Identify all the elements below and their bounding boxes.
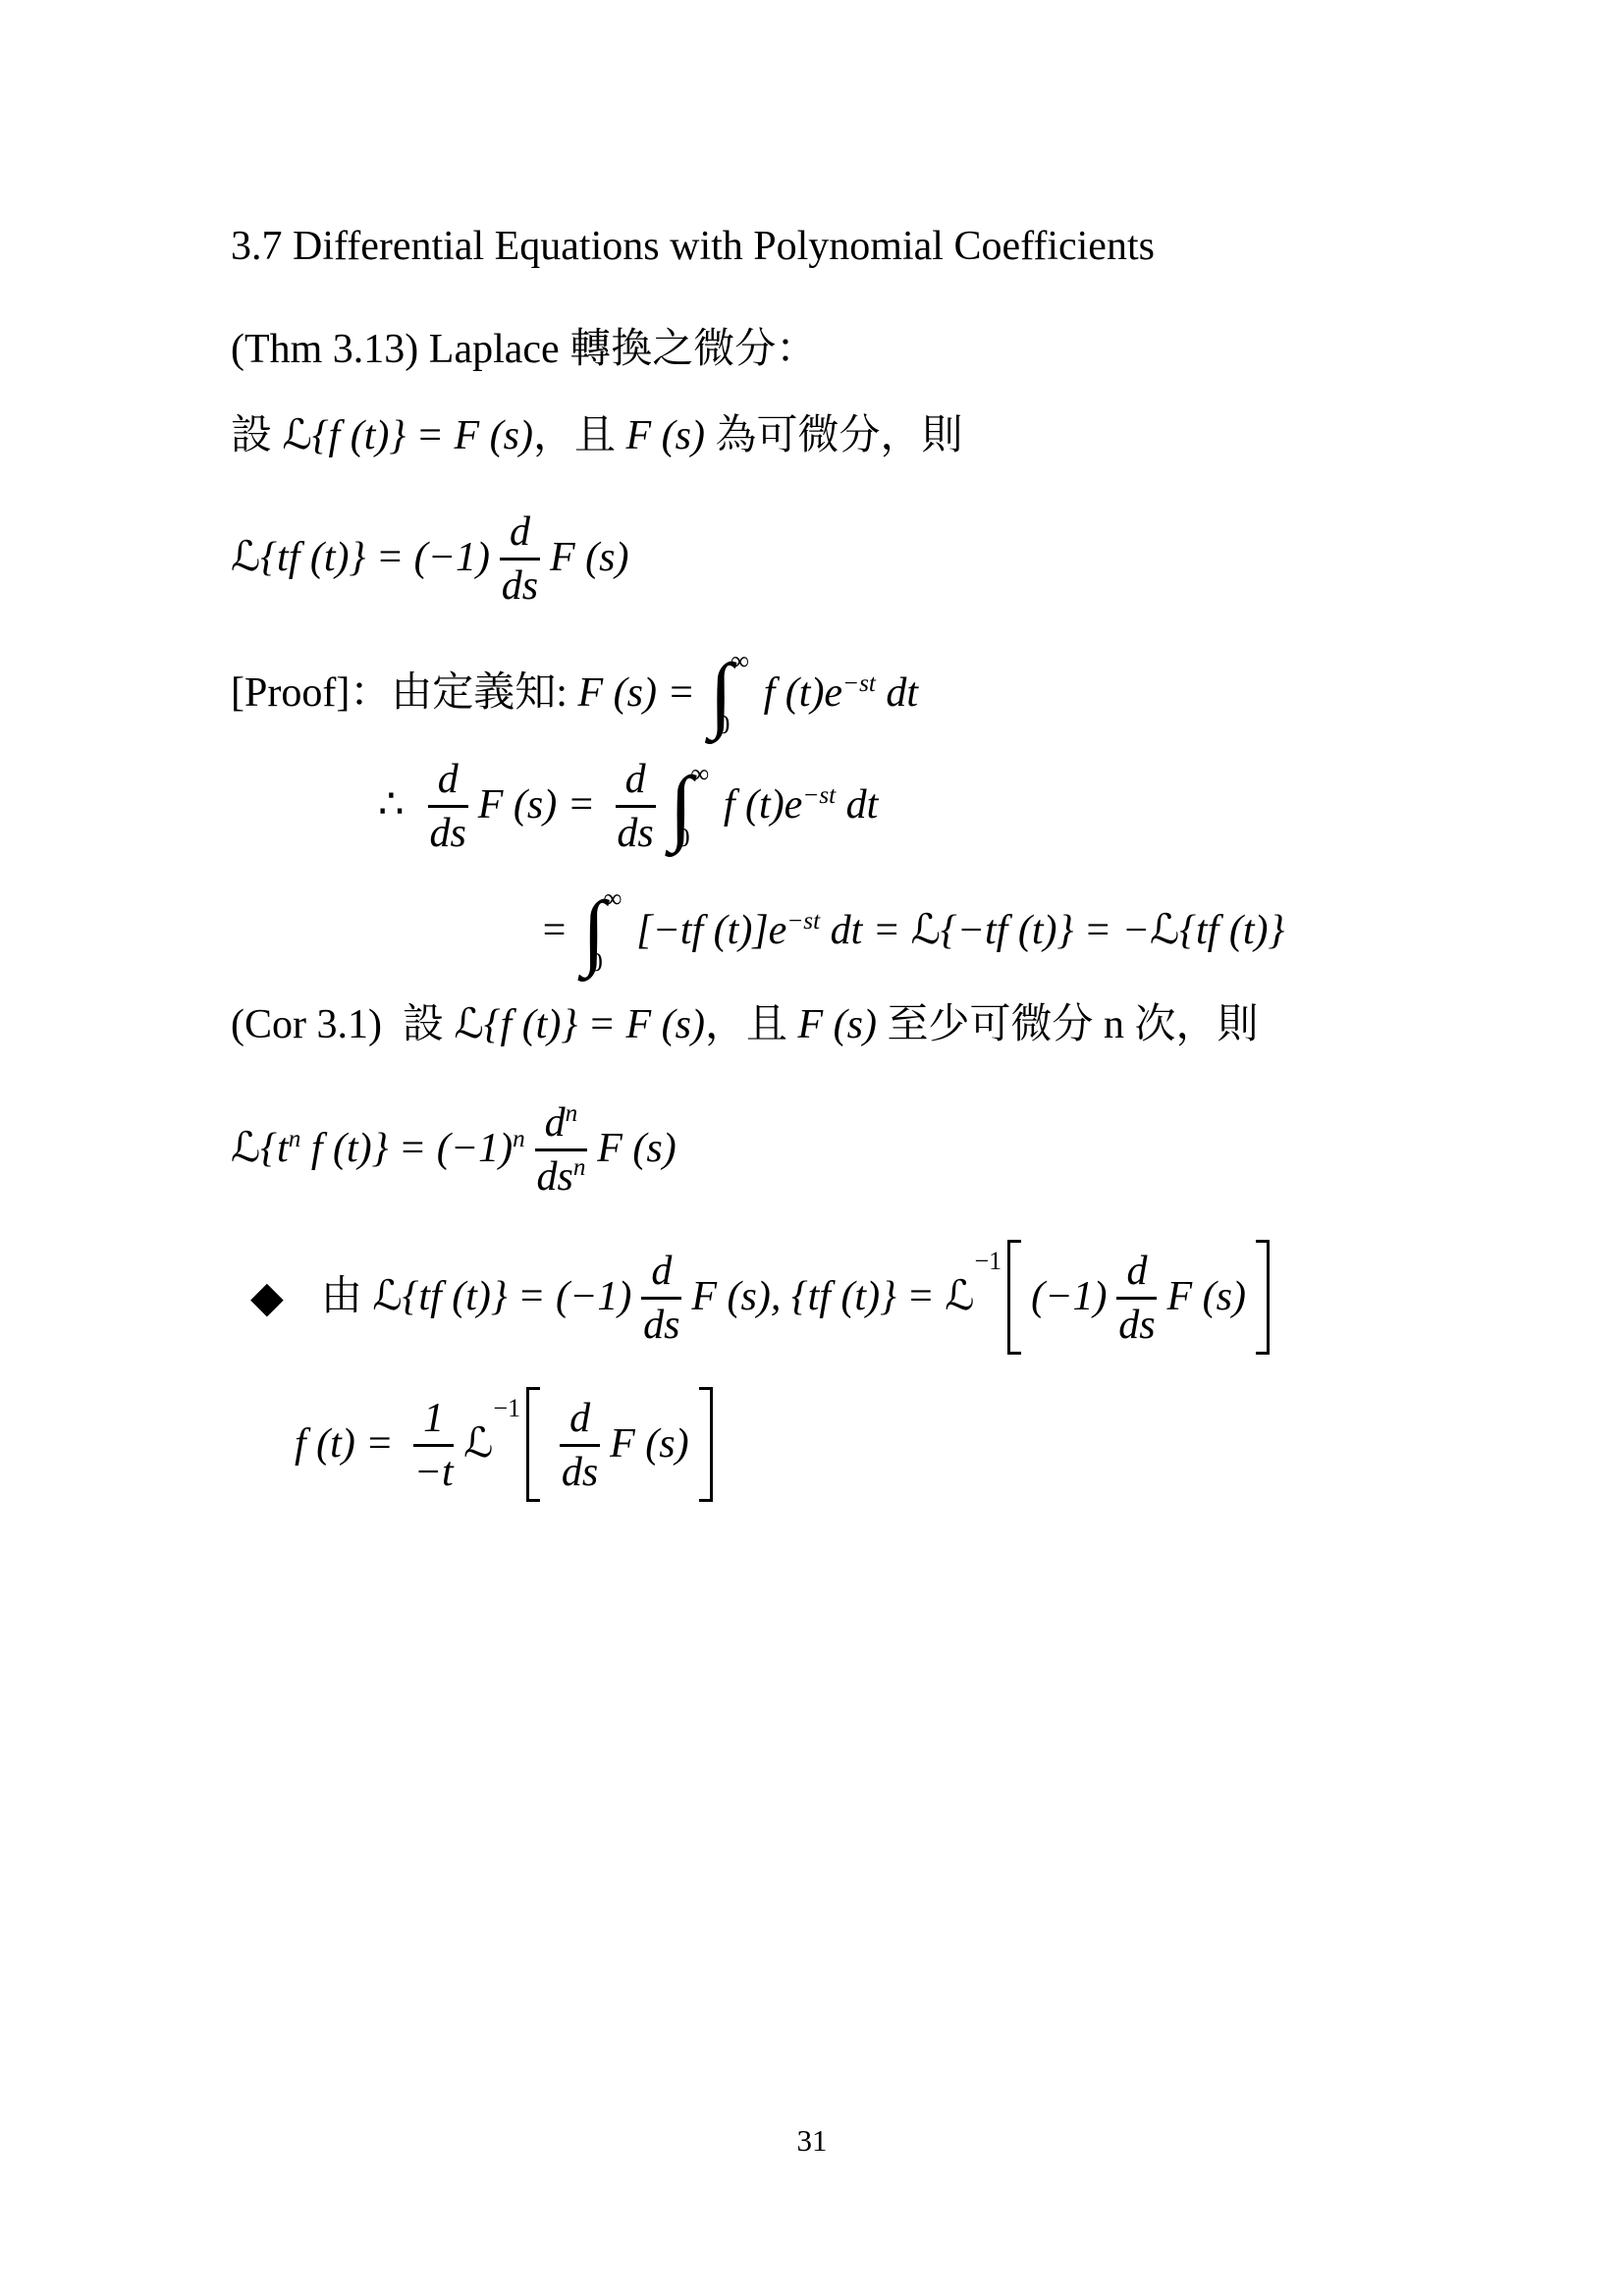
fraction-numerator: d [616,756,656,808]
therefore-symbol: ∴ [378,779,405,831]
section-title: 3.7 Differential Equations with Polynomi… [231,221,1155,273]
eq3-body: [−tf (t)]e−st dt = ℒ{−tf (t)} = −ℒ{tf (t… [626,905,1285,957]
integral-limits: ∞ 0 [603,883,622,978]
setup-laplace-math: ℒ{f (t)} = F (s) [283,410,533,462]
corollary-heading: (Cor 3.1) 設 ℒ{f (t)} = F (s) ，且 F (s) 至少… [231,999,1258,1051]
one-over-minus-t-fraction: 1 −t [413,1395,454,1494]
final-lhs: f (t) = [295,1418,404,1470]
denominator-base: ds [536,1154,572,1200]
power-n: n [513,1126,525,1152]
integral-upper-limit: ∞ [690,761,709,787]
note-seg1: ℒ{tf (t)} = (−1) [372,1271,631,1323]
fraction-numerator: d [500,508,540,561]
thm-formula-rhs: F (s) [550,532,628,584]
fraction-denominator: ds [562,1447,598,1494]
bracket-content: d ds F (s) [548,1387,690,1502]
cor-pre-text: (Cor 3.1) 設 [231,999,454,1051]
fraction-numerator: dn [535,1099,588,1151]
bracket-group: (−1) d ds F (s) [1007,1240,1270,1355]
d-ds-fraction: d ds [616,756,656,855]
proof-definition-line: [Proof]：由定義知: F (s) = ∫ ∞ 0 f (t)e−st dt [231,646,918,740]
note-line: ◆ 由 ℒ{tf (t)} = (−1) d ds F (s), {tf (t)… [250,1240,1270,1355]
bracket-seg: F (s) [610,1418,688,1470]
power-n: n [289,1126,301,1152]
exponent-text: −st [842,670,876,697]
integral-limits: ∞ 0 [690,759,709,853]
inverse-superscript: −1 [493,1393,520,1425]
fraction-numerator: d [428,756,468,808]
theorem-heading-text: (Thm 3.13) Laplace 轉換之微分： [231,324,817,376]
integral-lower-limit: 0 [589,949,622,976]
theorem-heading: (Thm 3.13) Laplace 轉換之微分： [231,324,817,376]
d-ds-fraction: d ds [641,1248,681,1347]
laplace-operator: ℒ [463,1418,493,1470]
differential-text: dt [836,782,878,828]
right-square-bracket [699,1387,713,1502]
setup-post-text: 為可微分，則 [705,410,963,462]
lhs-part2: f (t)} = (−1) [300,1126,513,1171]
left-square-bracket [526,1387,540,1502]
fraction-denominator: ds [502,561,538,608]
fraction-denominator: dsn [536,1151,585,1199]
integral-upper-limit: ∞ [603,885,622,912]
fraction-numerator: d [1116,1248,1157,1300]
cor-laplace-math: ℒ{f (t)} = F (s) [454,999,704,1051]
theorem-setup-line: 設 ℒ{f (t)} = F (s) ，且 F (s) 為可微分，則 [231,410,963,462]
integrand-text: f (t)e [713,782,802,828]
eq2-integrand: f (t)e−st dt [713,779,878,831]
inverse-superscript: −1 [974,1246,1001,1278]
bracket-group: d ds F (s) [526,1387,712,1502]
eq3-equals: = [540,905,578,957]
bracket-seg1: (−1) [1031,1271,1107,1323]
section-title-text: 3.7 Differential Equations with Polynomi… [231,221,1155,273]
numerator-base: d [545,1100,566,1146]
theorem-formula: ℒ{tf (t)} = (−1) d ds F (s) [231,508,628,608]
exponent-text: −st [802,782,836,809]
right-square-bracket [1256,1240,1270,1355]
setup-mid-text: ，且 [533,410,626,462]
fraction-denominator: ds [1118,1300,1155,1347]
diamond-bullet-icon: ◆ [250,1270,284,1324]
integral-lower-limit: 0 [677,825,709,851]
integrand-text: [−tf (t)]e [626,908,787,953]
cor-formula-lhs: ℒ{tn f (t)} = (−1)n [231,1123,525,1175]
corollary-formula: ℒ{tn f (t)} = (−1)n dn dsn F (s) [231,1099,677,1199]
fraction-denominator: −t [414,1447,454,1494]
setup-pre-text: 設 [231,410,283,462]
integral-limits: ∞ 0 [731,646,749,740]
fraction-denominator: ds [430,808,466,855]
differential-text: dt [876,670,918,716]
thm-formula-lhs: ℒ{tf (t)} = (−1) [231,532,490,584]
power-n: n [573,1154,586,1181]
d-ds-fraction: d ds [428,756,468,855]
integral-upper-limit: ∞ [731,648,749,674]
fraction-numerator: 1 [413,1395,454,1447]
proof-eq1-lhs: F (s) = [577,667,705,720]
setup-Fs-math: F (s) [626,410,705,462]
d-ds-fraction: d ds [560,1395,600,1494]
note-pre-text: 由 [321,1271,373,1323]
fraction-numerator: d [560,1395,600,1447]
d-ds-fraction: d ds [500,508,540,608]
exponent-text: −st [786,908,820,934]
fraction-denominator: ds [617,808,653,855]
power-n: n [566,1100,578,1127]
note-seg2: F (s), {tf (t)} = ℒ [691,1271,974,1323]
cor-Fs-math: F (s) [797,999,876,1051]
proof-derivative-line: ∴ d ds F (s) = d ds ∫ ∞ 0 f (t)e−st dt [378,756,878,855]
integral-sign: ∫ ∞ 0 [582,883,623,978]
integral-sign: ∫ ∞ 0 [709,646,749,740]
left-square-bracket [1007,1240,1021,1355]
integrand-text: f (t)e [753,670,842,716]
proof-eq1-integrand: f (t)e−st dt [753,667,918,720]
eq2-mid: F (s) = [478,779,606,831]
fraction-denominator: ds [643,1300,679,1347]
cor-formula-rhs: F (s) [597,1123,676,1175]
page-number: 31 [0,2123,1624,2159]
dn-dsn-fraction: dn dsn [535,1099,588,1199]
integral-lower-limit: 0 [717,712,749,738]
proof-label: [Proof]：由定義知: [231,667,577,720]
cor-mid-text: ，且 [705,999,798,1051]
bracket-seg2: F (s) [1166,1271,1245,1323]
integral-sign: ∫ ∞ 0 [670,759,710,853]
d-ds-fraction: d ds [1116,1248,1157,1347]
inverse-transform-formula: f (t) = 1 −t ℒ −1 d ds F (s) [295,1387,713,1502]
laplace-chain-text: dt = ℒ{−tf (t)} = −ℒ{tf (t)} [820,908,1284,953]
bracket-content: (−1) d ds F (s) [1029,1240,1248,1355]
fraction-numerator: d [641,1248,681,1300]
document-page: 3.7 Differential Equations with Polynomi… [0,0,1624,2296]
proof-expansion-line: = ∫ ∞ 0 [−tf (t)]e−st dt = ℒ{−tf (t)} = … [540,883,1284,978]
lhs-part1: ℒ{t [231,1126,289,1171]
cor-post-text: 至少可微分 n 次，則 [877,999,1259,1051]
